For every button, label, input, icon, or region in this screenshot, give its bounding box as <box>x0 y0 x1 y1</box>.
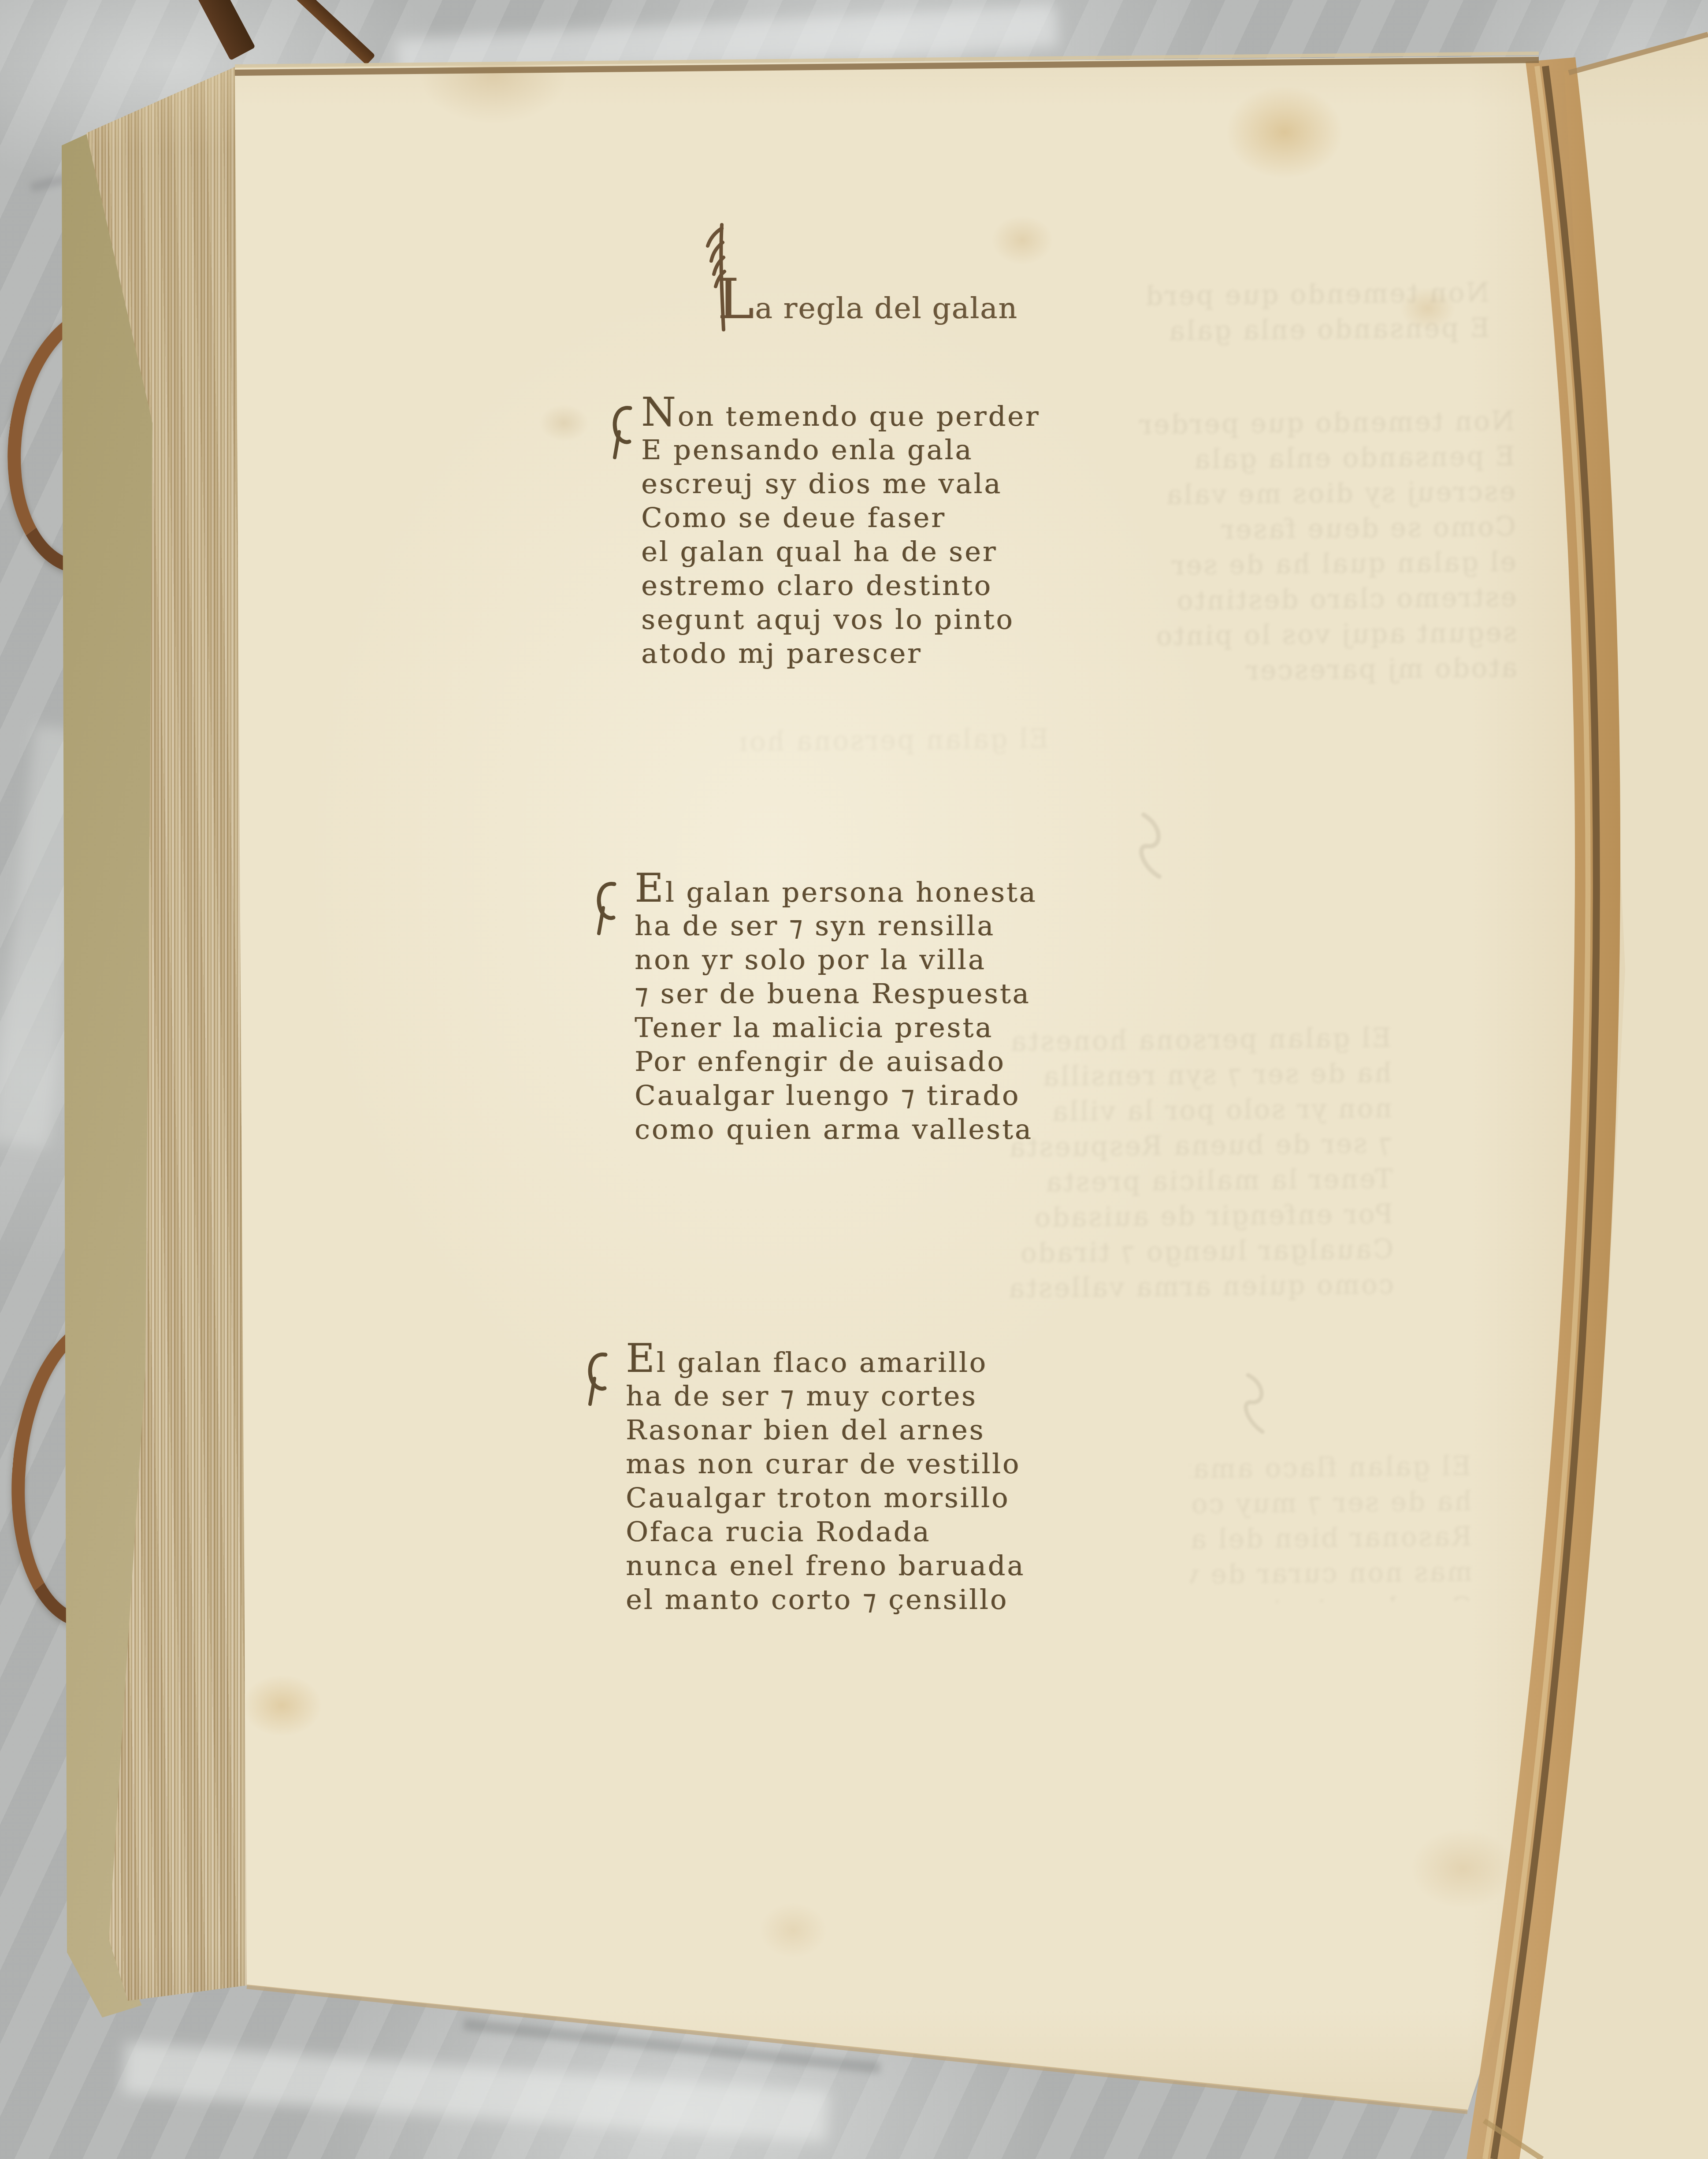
text-line: Non temendo que perder <box>641 399 1040 433</box>
text-layer: La regla del galan Non temendo que perde… <box>0 0 1708 2159</box>
text-line: segunt aquj vos lo pinto <box>641 602 1040 636</box>
text-line: ha de ser ⁊ syn rensilla <box>635 909 1037 943</box>
text-line: El galan flaco amarillo <box>626 1345 1025 1379</box>
capitulum-mark-icon <box>583 1349 610 1407</box>
text-line: escreuj sy dios me vala <box>641 467 1040 501</box>
text-line: estremo claro destinto <box>641 569 1040 602</box>
text-line: El galan persona honesta <box>635 875 1037 909</box>
text-line: Tener la malicia presta <box>635 1011 1037 1044</box>
stanza: Non temendo que perderE pensando enla ga… <box>641 399 1040 670</box>
text-line: nunca enel freno baruada <box>626 1549 1025 1583</box>
text-line: mas non curar de vestillo <box>626 1447 1025 1481</box>
text-line: el manto corto ⁊ çensillo <box>626 1583 1025 1616</box>
text-line: Caualgar luengo ⁊ tirado <box>635 1078 1037 1112</box>
capitulum-mark-icon <box>607 402 635 460</box>
text-line: Rasonar bien del arnes <box>626 1413 1025 1447</box>
text-line: E pensando enla gala <box>641 433 1040 467</box>
text-line: atodo mj parescer <box>641 636 1040 670</box>
text-line: non yr solo por la villa <box>635 943 1037 977</box>
text-line: el galan qual ha de ser <box>641 535 1040 569</box>
capitulum-mark-icon <box>591 878 619 936</box>
text-line: como quien arma vallesta <box>635 1112 1037 1146</box>
poem-title: La regla del galan <box>717 286 1018 325</box>
text-line: Como se deue faser <box>641 501 1040 535</box>
text-line: Ofaca rucia Rodada <box>626 1515 1025 1549</box>
text-line: ha de ser ⁊ muy cortes <box>626 1379 1025 1413</box>
book-photograph: Non temendo que perderE pensando enla ga… <box>0 0 1708 2159</box>
stanza: El galan flaco amarilloha de ser ⁊ muy c… <box>626 1345 1025 1616</box>
text-line: Por enfengir de auisado <box>635 1044 1037 1078</box>
stanza: El galan persona honestaha de ser ⁊ syn … <box>635 875 1037 1146</box>
text-line: ⁊ ser de buena Respuesta <box>635 977 1037 1011</box>
text-line: Caualgar troton morsillo <box>626 1481 1025 1515</box>
